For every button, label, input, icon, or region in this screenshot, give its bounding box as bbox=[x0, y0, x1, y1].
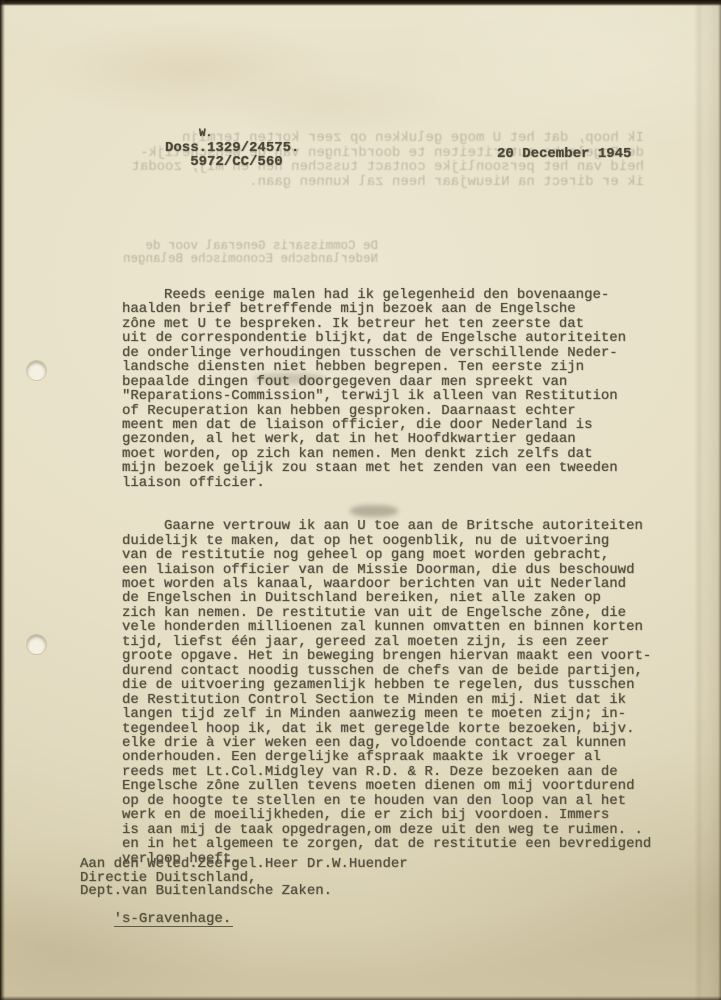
letter-date: 20 December 1945 bbox=[497, 147, 631, 161]
body-line: bepaalde dingen fout doorgegeven daar me… bbox=[122, 375, 662, 389]
scan-edge-left bbox=[0, 0, 5, 1000]
scan-edge-top bbox=[0, 0, 721, 6]
body-line: gezonden, al het werk, dat in het Hoofdk… bbox=[122, 432, 662, 446]
punch-hole-bottom bbox=[27, 635, 46, 654]
scanned-letter: Ik hoop, dat het U moge gelukken op zeer… bbox=[0, 0, 721, 1000]
body-line: uit de correspondentie blijkt, dat de En… bbox=[122, 331, 662, 345]
dossier-reference-line: 5972/CC/560 bbox=[165, 155, 299, 169]
body-line: "Reparations-Commission", terwijl ik all… bbox=[122, 389, 662, 403]
scan-edge-bottom bbox=[0, 996, 721, 1000]
recipient-city: 's-Gravenhage. bbox=[114, 913, 234, 928]
bleed-through-line: ik er direct na Nieuwjaar heen zal kunne… bbox=[82, 175, 644, 190]
recipient-block: Aan den Weled.Zeergel.Heer Dr.W.HuenderD… bbox=[80, 831, 408, 941]
letter-body: Reeds eenige malen had ik gelegenheid de… bbox=[122, 259, 662, 895]
dossier-reference-block: Doss.1329/24575. 5972/CC/560 bbox=[165, 141, 299, 170]
body-line: onderhouden. Een dergelijke afspraak maa… bbox=[122, 750, 662, 764]
body-line: werk en de moeilijkheden, die er zich bi… bbox=[122, 808, 662, 822]
body-line: de Engelschen in Duitschland bereiken, n… bbox=[122, 591, 662, 605]
body-line: vele honderden millioenen zal kunnen omv… bbox=[122, 620, 662, 634]
punch-hole-top bbox=[27, 361, 46, 380]
body-line: durend contact noodig tusschen de chefs … bbox=[122, 664, 662, 678]
recipient-lines: Aan den Weled.Zeergel.Heer Dr.W.HuenderD… bbox=[80, 858, 408, 899]
recipient-line: Dept.van Buitenlandsche Zaken. bbox=[80, 885, 408, 899]
body-line: landsche diensten niet hebben begrepen. … bbox=[122, 360, 662, 374]
body-line: mijn bezoek gelijk zou staan met het zen… bbox=[122, 461, 662, 475]
body-line: liaison officier. bbox=[122, 476, 662, 490]
ink-smudge bbox=[350, 505, 398, 517]
body-line: van de restitutie nog geheel op gang moe… bbox=[122, 548, 662, 562]
body-line: een liaison officier van de Missie Doorm… bbox=[122, 563, 662, 577]
body-line: die de uitvoering gezamenlijk hebben te … bbox=[122, 678, 662, 692]
body-line: Engelsche zône zullen tevens moeten dien… bbox=[122, 779, 662, 793]
body-line: haalden brief betreffende mijn bezoek aa… bbox=[122, 302, 662, 316]
body-line: de Restitution Control Section te Minden… bbox=[122, 693, 662, 707]
body-paragraph-2: Gaarne vertrouw ik aan U toe aan de Brit… bbox=[122, 519, 662, 866]
body-line: groote opgave. Het in beweging brengen h… bbox=[122, 649, 662, 663]
body-line: de onderlinge verhoudingen tusschen de v… bbox=[122, 346, 662, 360]
body-paragraph-1: Reeds eenige malen had ik gelegenheid de… bbox=[122, 288, 662, 490]
body-line: of Recuperation kan hebben gesproken. Da… bbox=[122, 404, 662, 418]
body-line: langen tijd zelf in Minden aanwezig meen… bbox=[122, 707, 662, 721]
body-line: duidelijk te maken, dat op het oogenblik… bbox=[122, 534, 662, 548]
ink-smudge bbox=[254, 373, 324, 384]
body-line: Gaarne vertrouw ik aan U toe aan de Brit… bbox=[122, 519, 662, 533]
body-line: tegendeel hoop ik, dat ik met geregelde … bbox=[122, 722, 662, 736]
